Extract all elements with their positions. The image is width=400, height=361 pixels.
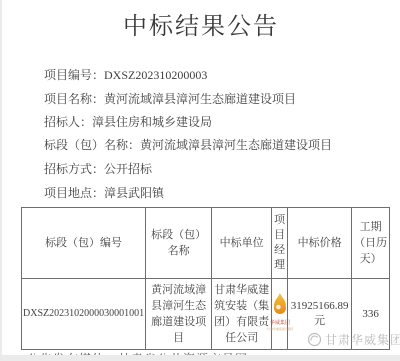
- field-tender-method: 招标方式：公开招标: [44, 160, 152, 177]
- field-project-location: 项目地点：漳县武阳镇: [44, 184, 164, 201]
- header-project-manager-label: 项目经理: [274, 213, 286, 273]
- cell-winner: 甘肃华威建筑安装（集团）有限责任公司: [212, 279, 272, 350]
- field-value: 漳县武阳镇: [104, 186, 164, 200]
- field-label: 项目地点：: [44, 186, 104, 200]
- huawei-group-circle-logo-icon: [307, 332, 322, 347]
- field-section-name: 标段（包）名称：黄河流域漳县漳河生态廊道建设项目: [44, 136, 332, 153]
- field-value: 公开招标: [104, 162, 152, 176]
- field-value: DXSZ202310200003: [104, 68, 207, 82]
- cell-project-manager: [272, 279, 288, 350]
- announcement-page: 中标结果公告 项目编号：DXSZ202310200003 项目名称：黄河流域漳县…: [2, 0, 400, 355]
- header-bid-price: 中标价格: [288, 208, 352, 279]
- field-value: 漳县住房和城乡建设局: [92, 115, 212, 129]
- footer-watermark: 甘肃华威集团: [307, 331, 400, 348]
- header-section-name: 标段（包）名称: [146, 208, 212, 279]
- field-label: 项目编号：: [44, 68, 104, 82]
- bid-price-unit: 元: [289, 314, 350, 329]
- header-winner: 中标单位: [212, 208, 272, 279]
- field-tenderee: 招标人：漳县住房和城乡建设局: [44, 113, 212, 130]
- header-project-manager: 项目经理: [272, 208, 288, 279]
- truncated-bottom-text: 公告发布媒体：甘肃省公共资源交易网……: [27, 350, 274, 355]
- table-header-row: 标段（包）编号 标段（包）名称 中标单位 项目经理 中标价格 工期（日历天）: [22, 208, 390, 279]
- header-duration: 工期（日历天）: [352, 208, 390, 279]
- field-project-no: 项目编号：DXSZ202310200003: [44, 66, 207, 83]
- bid-result-table: 标段（包）编号 标段（包）名称 中标单位 项目经理 中标价格 工期（日历天） D…: [21, 207, 390, 350]
- field-value: 黄河流域漳县漳河生态廊道建设项目: [104, 92, 296, 106]
- field-label: 招标人：: [44, 115, 92, 129]
- cell-section-name: 黄河流域漳县漳河生态廊道建设项目: [146, 279, 212, 350]
- field-label: 项目名称：: [44, 92, 104, 106]
- field-label: 招标方式：: [44, 162, 104, 176]
- field-label: 标段（包）名称：: [44, 138, 140, 152]
- cell-section-no: DXSZ2023102000030001001: [22, 279, 146, 350]
- header-section-no: 标段（包）编号: [22, 208, 146, 279]
- footer-watermark-text: 甘肃华威集团: [325, 331, 400, 348]
- page-title: 中标结果公告: [2, 6, 400, 41]
- field-value: 黄河流域漳县漳河生态廊道建设项目: [140, 138, 332, 152]
- bid-price-amount: 31925166.89: [289, 299, 350, 314]
- field-project-name: 项目名称：黄河流域漳县漳河生态廊道建设项目: [44, 90, 296, 107]
